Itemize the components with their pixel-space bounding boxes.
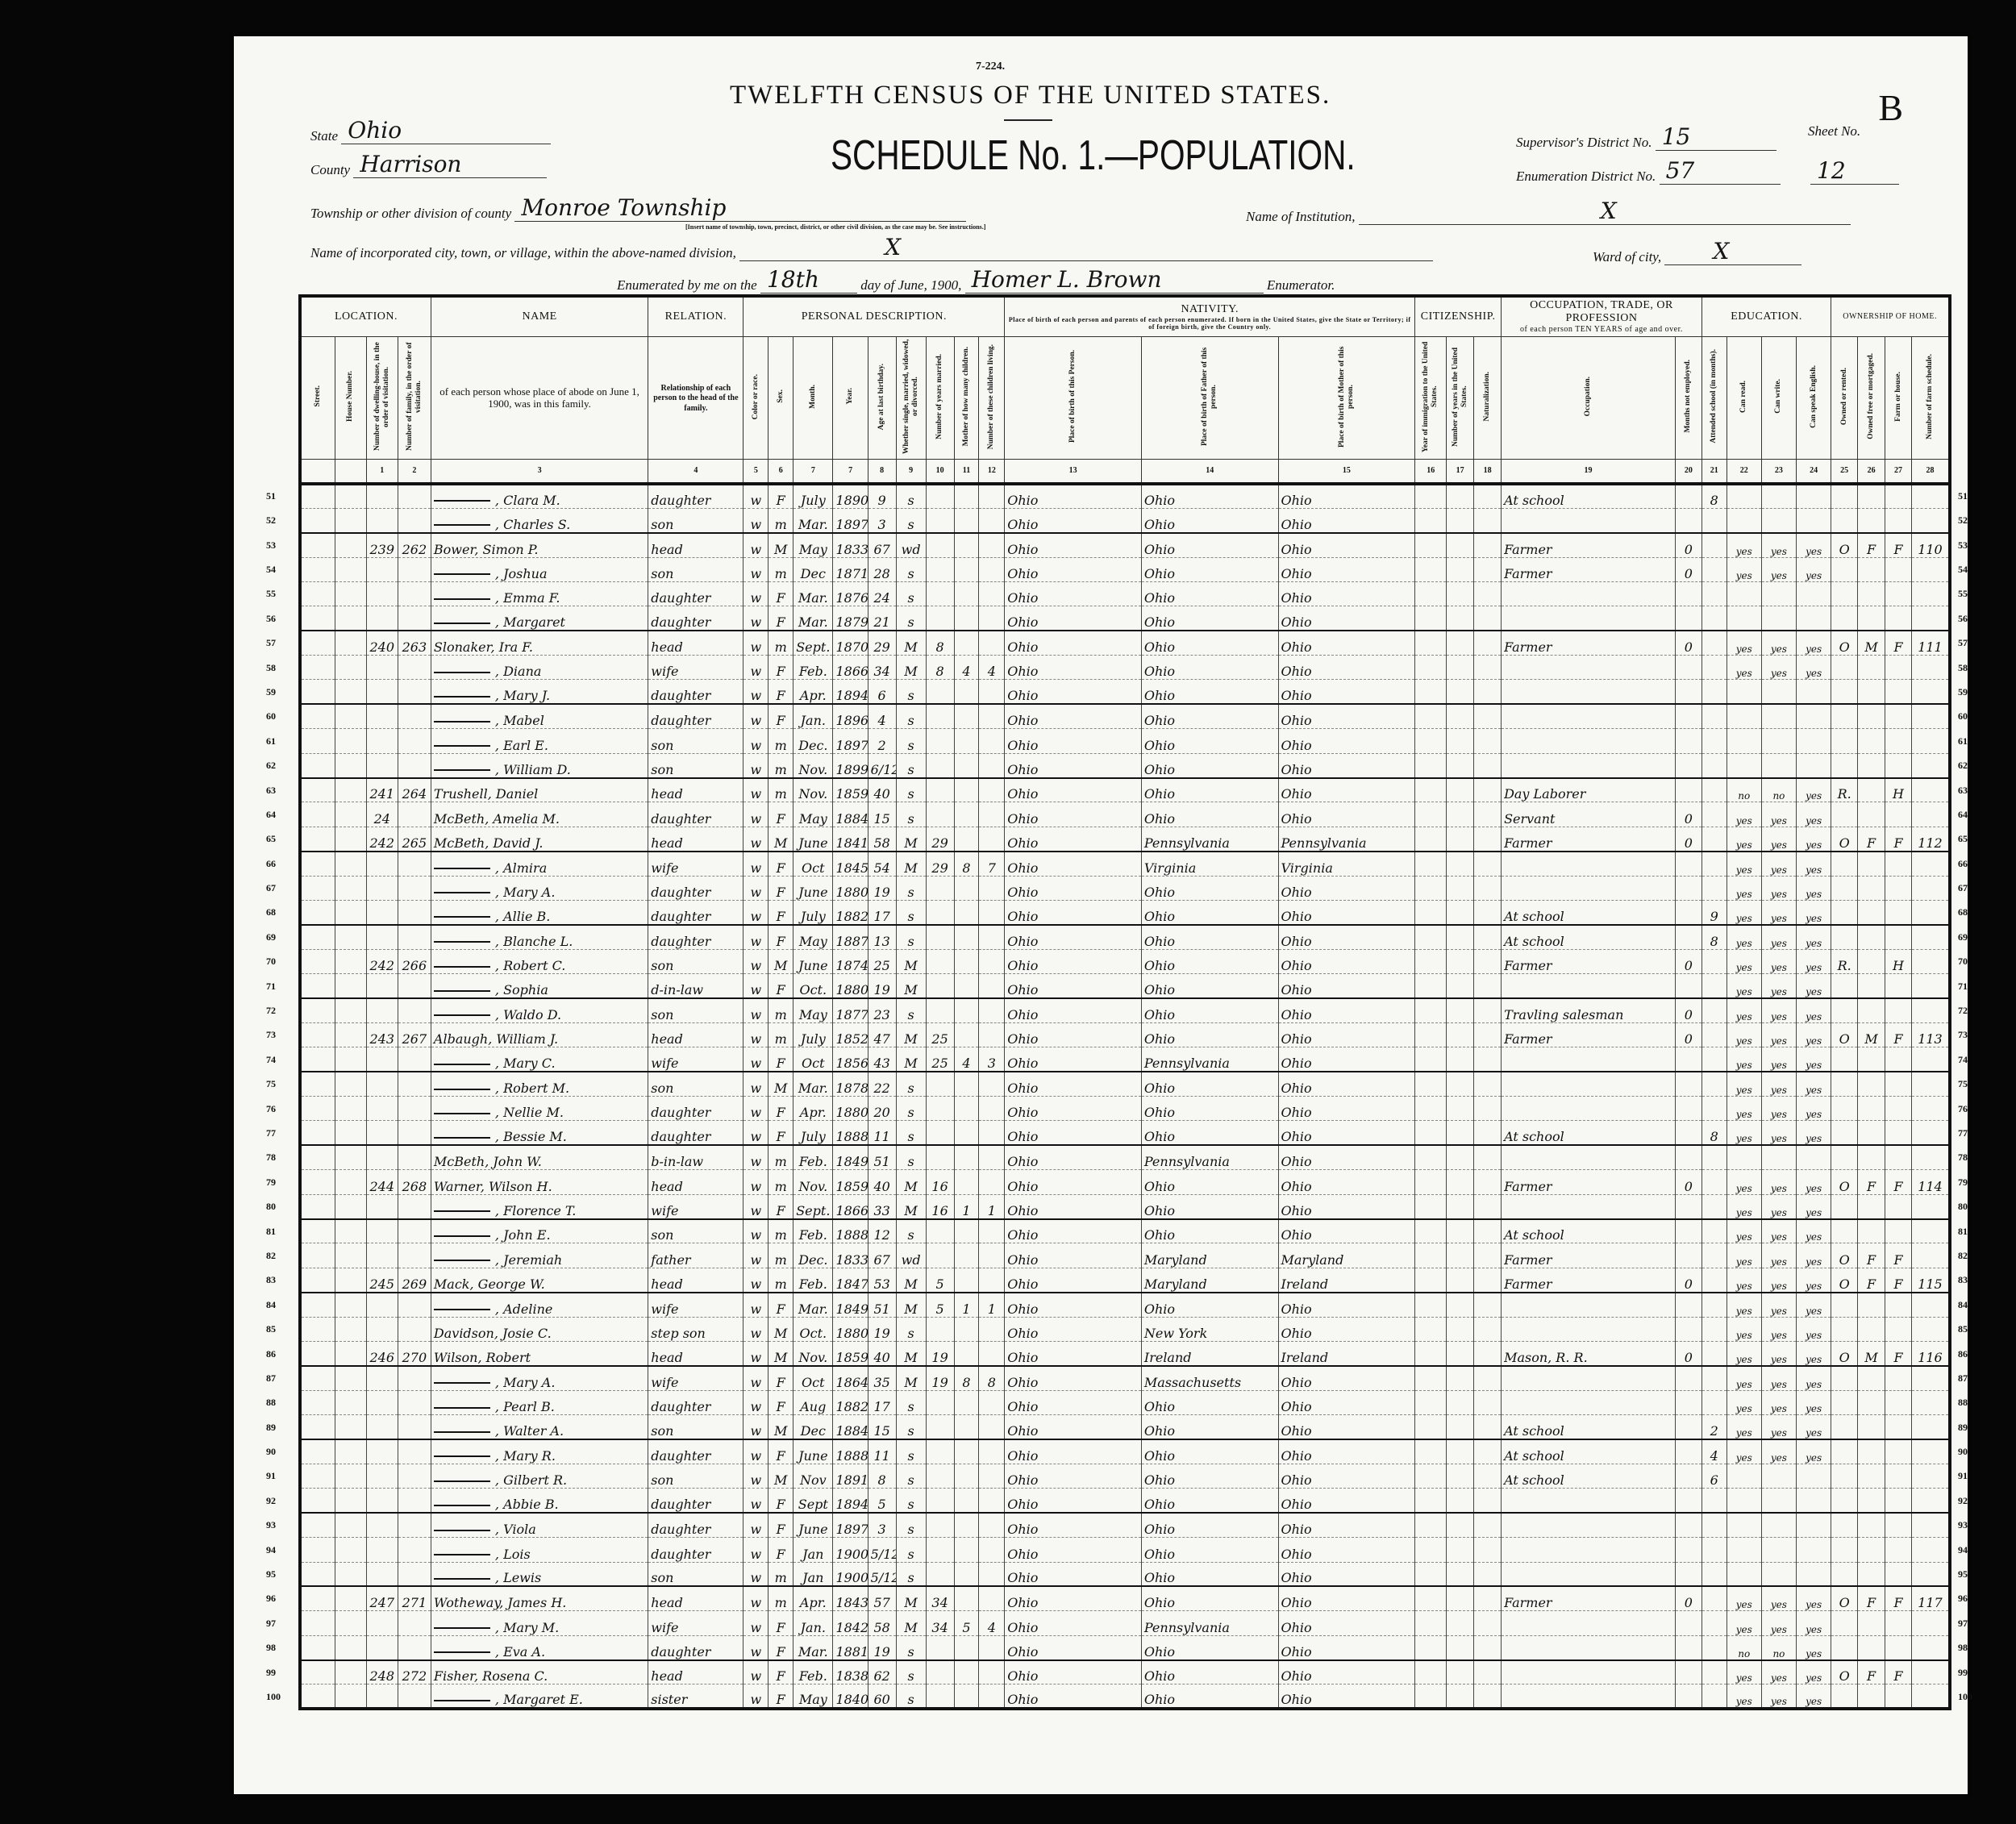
column-number: 14 (1141, 460, 1278, 484)
cell-sex: F (768, 704, 793, 728)
cell-empty (335, 1513, 366, 1537)
cell-own (1831, 1562, 1858, 1586)
cell-race: w (744, 1047, 768, 1072)
cell-cl (979, 1464, 1005, 1488)
cell-year: 1896 (833, 704, 868, 728)
cell-cl (979, 1390, 1005, 1414)
cell-rel: son (648, 753, 744, 777)
column-header: Owned or rented. (1831, 336, 1858, 460)
cell-month: Nov. (793, 778, 833, 802)
cell-mc: 4 (954, 656, 979, 680)
cell-year: 1859 (833, 1170, 868, 1194)
cell-empty (300, 1635, 335, 1660)
cell-year: 1876 (833, 581, 868, 606)
cell-farm: H (1885, 949, 1912, 973)
cell-empty (1415, 1660, 1447, 1684)
cell-empty (1415, 1538, 1447, 1562)
cell-race: w (744, 704, 768, 728)
cell-empty (1474, 1538, 1502, 1562)
cell-month: Jan (793, 1562, 833, 1586)
line-number: 90 (266, 1439, 281, 1464)
person-row: 246270Wilson, RobertheadwMNov.185940M19O… (300, 1342, 1950, 1366)
cell-empty (1415, 1219, 1447, 1243)
line-number: 80 (1958, 1194, 1972, 1218)
cell-empty (1474, 1684, 1502, 1709)
cell-fam (398, 1243, 431, 1268)
cell-pob: Ohio (1005, 704, 1142, 728)
cell-mne: 0 (1675, 557, 1702, 581)
cell-empty (1447, 557, 1474, 581)
cell-mne (1675, 1489, 1702, 1513)
cell-ms: wd (896, 1243, 926, 1268)
cell-school (1702, 1390, 1727, 1414)
cell-pob: Ohio (1005, 557, 1142, 581)
cell-ym (926, 1660, 954, 1684)
cell-eng: yes (1797, 900, 1831, 924)
cell-read: yes (1727, 656, 1761, 680)
enumerated-day: 18th (760, 266, 857, 294)
cell-mne (1675, 1145, 1702, 1169)
city-field: Name of incorporated city, town, or vill… (310, 234, 1433, 261)
cell-mne (1675, 1562, 1702, 1586)
cell-free (1858, 1121, 1885, 1145)
township-note: [Insert name of township, town, precinct… (685, 223, 985, 231)
cell-school (1702, 557, 1727, 581)
cell-sex: m (768, 778, 793, 802)
enumeration-line: Enumerated by me on the 18th day of June… (617, 266, 1335, 294)
cell-dw (366, 704, 398, 728)
cell-free: M (1858, 1342, 1885, 1366)
ditto-dash (434, 990, 490, 992)
cell-free (1858, 900, 1885, 924)
cell-empty (335, 606, 366, 631)
line-number: 87 (266, 1366, 281, 1390)
cell-cl: 8 (979, 1366, 1005, 1390)
cell-eng (1797, 1513, 1831, 1537)
cell-own (1831, 1464, 1858, 1488)
line-number: 85 (1958, 1317, 1972, 1341)
cell-farm (1885, 753, 1912, 777)
cell-read: yes (1727, 802, 1761, 827)
cell-read (1727, 704, 1761, 728)
cell-age: 22 (868, 1072, 896, 1096)
column-number: 12 (979, 460, 1005, 484)
cell-farm (1885, 656, 1912, 680)
line-number: 68 (266, 900, 281, 924)
cell-sex: F (768, 484, 793, 508)
cell-mc (954, 998, 979, 1022)
cell-race: w (744, 656, 768, 680)
cell-occ (1502, 1097, 1676, 1121)
cell-race: w (744, 1390, 768, 1414)
cell-rel: son (648, 729, 744, 753)
cell-write: yes (1761, 1611, 1796, 1635)
cell-own (1831, 998, 1858, 1022)
ditto-dash (434, 1455, 490, 1457)
cell-race: w (744, 631, 768, 655)
cell-farm (1885, 1489, 1912, 1513)
cell-empty (1415, 1415, 1447, 1439)
cell-occ: At school (1502, 1415, 1676, 1439)
cell-age: 67 (868, 533, 896, 557)
cell-fpob: Ohio (1141, 900, 1278, 924)
cell-race: w (744, 974, 768, 998)
cell-sex: F (768, 1121, 793, 1145)
cell-empty (1474, 1635, 1502, 1660)
cell-empty (1447, 1121, 1474, 1145)
cell-occ (1502, 581, 1676, 606)
cell-fs (1911, 1611, 1950, 1635)
person-row: 239262Bower, Simon P.headwMMay183367wdOh… (300, 533, 1950, 557)
cell-fs (1911, 1219, 1950, 1243)
line-number: 98 (266, 1635, 281, 1660)
cell-mc (954, 557, 979, 581)
cell-occ: Farmer (1502, 1586, 1676, 1610)
person-name: , Emma F. (431, 581, 648, 606)
cell-empty (1447, 852, 1474, 876)
cell-mpob: Ohio (1278, 1317, 1415, 1341)
cell-race: w (744, 1586, 768, 1610)
cell-fpob: Ohio (1141, 680, 1278, 704)
person-row: , MargaretdaughterwFMar.187921sOhioOhioO… (300, 606, 1950, 631)
person-row: , Charles S.sonwmMar.18973sOhioOhioOhio (300, 508, 1950, 532)
cell-read: no (1727, 1635, 1761, 1660)
cell-mpob: Ohio (1278, 631, 1415, 655)
cell-write: yes (1761, 533, 1796, 557)
cell-occ: Farmer (1502, 1243, 1676, 1268)
cell-ms: M (896, 1293, 926, 1317)
cell-eng: yes (1797, 631, 1831, 655)
cell-mpob: Ohio (1278, 1415, 1415, 1439)
cell-mne (1675, 484, 1702, 508)
cell-eng (1797, 680, 1831, 704)
person-row: , JeremiahfatherwmDec.183367wdOhioMaryla… (300, 1243, 1950, 1268)
line-number: 85 (266, 1317, 281, 1341)
cell-school (1702, 1097, 1727, 1121)
person-name: , Lois (431, 1538, 648, 1562)
cell-empty (1415, 1390, 1447, 1414)
cell-dw (366, 484, 398, 508)
line-numbers-left: 5152535455565758596061626364656667686970… (266, 484, 281, 1709)
cell-ym (926, 581, 954, 606)
cell-sex: F (768, 1047, 793, 1072)
cell-age: 6 (868, 680, 896, 704)
person-name: Davidson, Josie C. (431, 1317, 648, 1341)
cell-ms: s (896, 680, 926, 704)
person-name: Trushell, Daniel (431, 778, 648, 802)
cell-empty (1415, 704, 1447, 728)
cell-pob: Ohio (1005, 852, 1142, 876)
line-number: 54 (1958, 557, 1972, 581)
cell-rel: son (648, 998, 744, 1022)
cell-race: w (744, 1635, 768, 1660)
cell-empty (1474, 852, 1502, 876)
cell-read: yes (1727, 1586, 1761, 1610)
cell-empty (1447, 1513, 1474, 1537)
cell-empty (1415, 900, 1447, 924)
cell-fpob: Ireland (1141, 1342, 1278, 1366)
person-row: 242265McBeth, David J.headwMJune184158M2… (300, 827, 1950, 851)
cell-pob: Ohio (1005, 1366, 1142, 1390)
cell-rel: wife (648, 656, 744, 680)
cell-cl (979, 1317, 1005, 1341)
cell-cl (979, 925, 1005, 949)
person-name: , Nellie M. (431, 1097, 648, 1121)
cell-own: O (1831, 1586, 1858, 1610)
cell-ms: s (896, 606, 926, 631)
cell-fpob: Ohio (1141, 998, 1278, 1022)
cell-eng: yes (1797, 1342, 1831, 1366)
cell-ym (926, 1219, 954, 1243)
cell-empty (335, 729, 366, 753)
cell-read (1727, 508, 1761, 532)
cell-empty (1415, 974, 1447, 998)
person-row: , Pearl B.daughterwFAug188217sOhioOhioOh… (300, 1390, 1950, 1414)
person-row: , AdelinewifewFMar.184951M511OhioOhioOhi… (300, 1293, 1950, 1317)
cell-eng (1797, 729, 1831, 753)
cell-free (1858, 1538, 1885, 1562)
cell-fpob: Ohio (1141, 1513, 1278, 1537)
cell-empty (300, 1293, 335, 1317)
cell-mc (954, 606, 979, 631)
cell-write: yes (1761, 1317, 1796, 1341)
cell-fs (1911, 1145, 1950, 1169)
cell-ms: M (896, 1586, 926, 1610)
cell-empty (300, 1317, 335, 1341)
cell-dw (366, 557, 398, 581)
cell-ym (926, 1439, 954, 1464)
cell-year: 1882 (833, 900, 868, 924)
cell-read: yes (1727, 900, 1761, 924)
cell-mc (954, 1145, 979, 1169)
line-number: 59 (1958, 680, 1972, 704)
cell-read: yes (1727, 1342, 1761, 1366)
cell-race: w (744, 508, 768, 532)
cell-farm (1885, 1121, 1912, 1145)
cell-free (1858, 1097, 1885, 1121)
cell-empty (300, 1684, 335, 1709)
cell-month: Jan (793, 1538, 833, 1562)
cell-sex: F (768, 1390, 793, 1414)
cell-sex: m (768, 631, 793, 655)
cell-mc (954, 1635, 979, 1660)
cell-dw (366, 1293, 398, 1317)
cell-free (1858, 1194, 1885, 1218)
person-row: , Mary C.wifewFOct185643M2543OhioPennsyl… (300, 1047, 1950, 1072)
cell-school (1702, 1145, 1727, 1169)
cell-pob: Ohio (1005, 998, 1142, 1022)
cell-farm: F (1885, 533, 1912, 557)
line-number: 91 (1958, 1464, 1972, 1488)
column-header: Number of dwelling-house, in the order o… (366, 336, 398, 460)
cell-pob: Ohio (1005, 1121, 1142, 1145)
cell-race: w (744, 1366, 768, 1390)
cell-mpob: Ohio (1278, 1439, 1415, 1464)
cell-age: 58 (868, 1611, 896, 1635)
column-header: Occupation. (1502, 336, 1676, 460)
cell-fpob: Ohio (1141, 1439, 1278, 1464)
cell-ms: s (896, 1489, 926, 1513)
cell-fam (398, 1684, 431, 1709)
cell-fs (1911, 1243, 1950, 1268)
cell-read (1727, 484, 1761, 508)
cell-rel: son (648, 1464, 744, 1488)
cell-empty (335, 802, 366, 827)
line-number: 88 (1958, 1390, 1972, 1414)
person-name: , Eva A. (431, 1635, 648, 1660)
cell-mc (954, 1513, 979, 1537)
person-row: , Florence T.wifewFSept.186633M1611OhioO… (300, 1194, 1950, 1218)
cell-year: 1899 (833, 753, 868, 777)
cell-empty (1415, 1268, 1447, 1292)
cell-write: yes (1761, 1390, 1796, 1414)
cell-empty (300, 925, 335, 949)
cell-cl (979, 533, 1005, 557)
person-name: , Adeline (431, 1293, 648, 1317)
cell-age: 19 (868, 876, 896, 900)
line-number: 59 (266, 680, 281, 704)
person-row: 245269Mack, George W.headwmFeb.184753M5O… (300, 1268, 1950, 1292)
enumeration-district-value: 57 (1660, 157, 1781, 185)
cell-eng (1797, 1464, 1831, 1488)
cell-pob: Ohio (1005, 1194, 1142, 1218)
column-header: Naturalization. (1474, 336, 1502, 460)
cell-empty (335, 1538, 366, 1562)
cell-rel: sister (648, 1684, 744, 1709)
line-number: 76 (1958, 1097, 1972, 1121)
cell-free (1858, 1684, 1885, 1709)
cell-year: 1833 (833, 1243, 868, 1268)
cell-rel: head (648, 1268, 744, 1292)
cell-empty (1474, 876, 1502, 900)
column-header: House Number. (335, 336, 366, 460)
cell-ms: s (896, 1317, 926, 1341)
cell-free (1858, 729, 1885, 753)
person-name: Wotheway, James H. (431, 1586, 648, 1610)
cell-own (1831, 680, 1858, 704)
cell-dw: 246 (366, 1342, 398, 1366)
cell-race: w (744, 729, 768, 753)
cell-fam (398, 656, 431, 680)
cell-mpob: Ohio (1278, 1611, 1415, 1635)
cell-ym: 19 (926, 1366, 954, 1390)
cell-empty (1447, 1635, 1474, 1660)
cell-fpob: Ohio (1141, 1538, 1278, 1562)
cell-sex: m (768, 1170, 793, 1194)
cell-cl (979, 974, 1005, 998)
cell-empty (1415, 1121, 1447, 1145)
cell-eng: yes (1797, 1635, 1831, 1660)
cell-ym: 5 (926, 1268, 954, 1292)
cell-mc (954, 827, 979, 851)
line-number: 77 (1958, 1121, 1972, 1145)
cell-occ: Day Laborer (1502, 778, 1676, 802)
cell-fs (1911, 1415, 1950, 1439)
cell-mpob: Ohio (1278, 1170, 1415, 1194)
line-number: 63 (1958, 778, 1972, 802)
schedule-title: SCHEDULE No. 1.—POPULATION. (831, 131, 1356, 180)
cell-ym (926, 1489, 954, 1513)
cell-year: 1897 (833, 508, 868, 532)
cell-pob: Ohio (1005, 802, 1142, 827)
cell-sex: M (768, 1415, 793, 1439)
cell-read: no (1727, 778, 1761, 802)
cell-fs: 112 (1911, 827, 1950, 851)
cell-eng (1797, 704, 1831, 728)
column-number: 1 (366, 460, 398, 484)
cell-month: Dec (793, 1415, 833, 1439)
cell-race: w (744, 876, 768, 900)
ditto-dash (434, 1309, 490, 1310)
cell-read: yes (1727, 1194, 1761, 1218)
cell-write: yes (1761, 998, 1796, 1022)
cell-fam (398, 1489, 431, 1513)
cell-year: 1833 (833, 533, 868, 557)
cell-mpob: Pennsylvania (1278, 827, 1415, 851)
person-name: Mack, George W. (431, 1268, 648, 1292)
cell-eng: yes (1797, 1243, 1831, 1268)
cell-own (1831, 1390, 1858, 1414)
cell-rel: son (648, 1415, 744, 1439)
cell-fs: 116 (1911, 1342, 1950, 1366)
cell-mc (954, 533, 979, 557)
cell-fpob: Ohio (1141, 974, 1278, 998)
cell-sex: m (768, 729, 793, 753)
cell-read (1727, 1489, 1761, 1513)
cell-dw (366, 1538, 398, 1562)
cell-cl (979, 1268, 1005, 1292)
cell-rel: head (648, 1586, 744, 1610)
cell-dw (366, 1390, 398, 1414)
cell-mpob: Maryland (1278, 1243, 1415, 1268)
cell-year: 1856 (833, 1047, 868, 1072)
cell-pob: Ohio (1005, 778, 1142, 802)
cell-age: 40 (868, 1170, 896, 1194)
cell-write: yes (1761, 1243, 1796, 1268)
cell-race: w (744, 1022, 768, 1047)
column-number: 8 (868, 460, 896, 484)
cell-write: yes (1761, 656, 1796, 680)
cell-empty (300, 729, 335, 753)
cell-mne (1675, 508, 1702, 532)
cell-year: 1880 (833, 876, 868, 900)
cell-month: Mar. (793, 508, 833, 532)
cell-mpob: Ohio (1278, 704, 1415, 728)
cell-empty (335, 508, 366, 532)
column-number: 7 (793, 460, 833, 484)
cell-read (1727, 680, 1761, 704)
ditto-dash (434, 916, 490, 918)
cell-free (1858, 656, 1885, 680)
cell-mc (954, 753, 979, 777)
cell-mpob: Ohio (1278, 1660, 1415, 1684)
cell-month: Jan. (793, 1611, 833, 1635)
cell-cl (979, 1219, 1005, 1243)
cell-race: w (744, 1170, 768, 1194)
cell-empty (300, 852, 335, 876)
cell-pob: Ohio (1005, 1489, 1142, 1513)
cell-fam (398, 1317, 431, 1341)
cell-empty (300, 1121, 335, 1145)
cell-empty (300, 631, 335, 655)
cell-fpob: Ohio (1141, 631, 1278, 655)
cell-empty (1415, 631, 1447, 655)
cell-read: yes (1727, 998, 1761, 1022)
cell-cl (979, 557, 1005, 581)
cell-own (1831, 802, 1858, 827)
cell-mne (1675, 852, 1702, 876)
cell-empty (335, 778, 366, 802)
